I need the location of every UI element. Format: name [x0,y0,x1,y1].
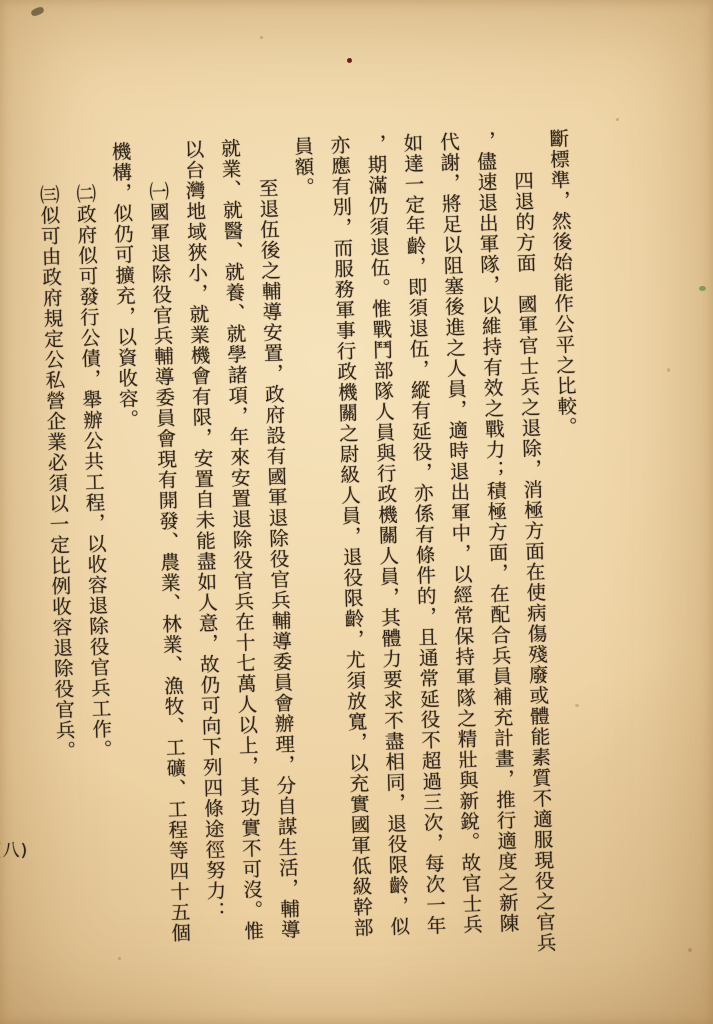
paper-speck-corner-smudge [30,6,45,17]
scanned-page: 斷標準，然後始能作公平之比較。四退的方面 國軍官士兵之退除，消極方面在使病傷殘廢… [0,0,713,1024]
document-body: 斷標準，然後始能作公平之比較。四退的方面 國軍官士兵之退除，消極方面在使病傷殘廢… [27,128,601,1014]
paper-speck-green [699,286,706,291]
paper-speck [260,36,263,39]
page-number: (八) [0,836,28,861]
paper-speck [616,118,619,121]
paper-speck-red-dot [347,58,352,63]
paper-speck [667,368,670,372]
paper-speck [688,948,692,952]
